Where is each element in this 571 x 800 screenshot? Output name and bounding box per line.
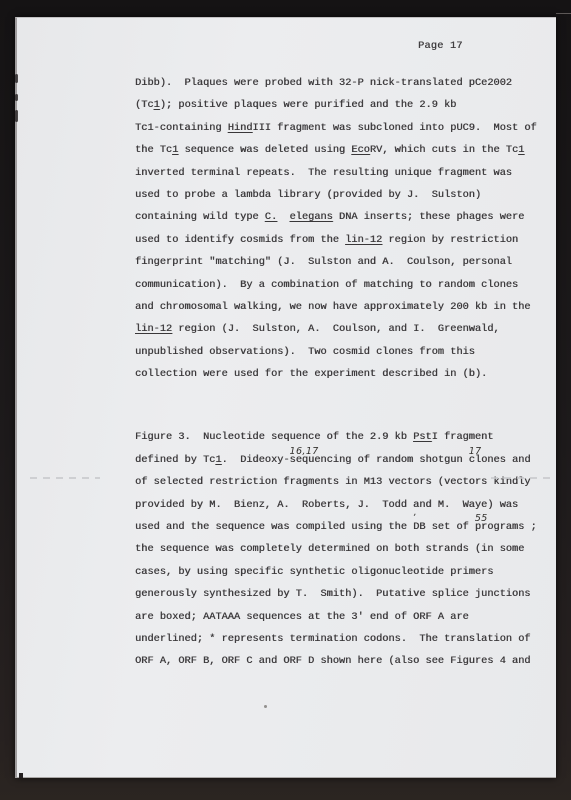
scan-artifact-bottom-left-mark [19, 773, 23, 778]
text-line: inverted terminal repeats. The resulting… [135, 162, 555, 184]
scan-artifact-speck [264, 705, 267, 708]
document-page: Page 17 Dibb). Plaques were probed with … [15, 17, 556, 778]
text-segment: RV, which cuts in the Tc [370, 144, 518, 156]
underlined-text: Eco [351, 144, 370, 156]
text-segment: are boxed; AATAAA sequences at the 3' en… [135, 611, 469, 623]
text-segment: (Tc [135, 99, 154, 111]
text-segment: III fragment was subcloned into pUC9. Mo… [252, 122, 536, 134]
text-segment: provided by M. Bienz, A. Roberts, J. Tod… [135, 499, 518, 511]
text-segment: used to identify cosmids from the [135, 234, 345, 246]
text-segment: Tc1-containing [135, 122, 228, 134]
text-segment: underlined; * represents termination cod… [135, 633, 530, 645]
text-segment: I fragment [432, 431, 494, 443]
text-segment: the Tc [135, 144, 172, 156]
underlined-text: lin-12 [345, 234, 382, 246]
text-line: lin-12 region (J. Sulston, A. Coulson, a… [135, 318, 555, 340]
scan-artifact-left-edge-tick [15, 94, 18, 101]
scan-artifact-smudge-right [491, 477, 553, 479]
scan-artifact-top-right-line [556, 13, 571, 14]
text-line: cases, by using specific synthetic oligo… [135, 561, 555, 583]
scan-artifact-smudge-left [30, 477, 100, 479]
text-line: defined by Tc1. Dideoxy-16,17sequencing … [135, 449, 555, 471]
text-segment: inverted terminal repeats. The resulting… [135, 167, 512, 179]
text-segment: Dibb). Plaques were probed with 32-P nic… [135, 77, 512, 89]
underlined-text: C. [265, 211, 277, 223]
text-segment: DB set of [413, 521, 475, 533]
text-segment: communication). By a combination of matc… [135, 279, 518, 291]
text-segment: sequence was deleted using [178, 144, 351, 156]
text-segment: cases, by using specific synthetic oligo… [135, 566, 493, 578]
text-line: the Tc1 sequence was deleted using EcoRV… [135, 139, 555, 161]
text-segment: generously synthesized by T. Smith). Put… [135, 588, 530, 600]
underlined-text: Hind [228, 122, 253, 134]
text-line: unpublished observations). Two cosmid cl… [135, 341, 555, 363]
page-number-label: Page 17 [418, 40, 463, 52]
text-line: Tc1-containing HindIII fragment was subc… [135, 117, 555, 139]
underlined-text: Pst [413, 431, 432, 443]
text-segment: Figure 3. Nucleotide sequence of the 2.9… [135, 431, 413, 443]
text-segment: used to probe a lambda library (provided… [135, 189, 481, 201]
text-segment: unpublished observations). Two cosmid cl… [135, 346, 475, 358]
underlined-text: 1 [518, 144, 524, 156]
text-line: used to identify cosmids from the lin-12… [135, 229, 555, 251]
scan-artifact-left-edge-tick [15, 110, 18, 122]
typed-text-block: Dibb). Plaques were probed with 32-P nic… [135, 72, 555, 673]
text-line: generously synthesized by T. Smith). Put… [135, 583, 555, 605]
methods-continuation-paragraph: Dibb). Plaques were probed with 32-P nic… [135, 72, 555, 385]
text-segment: and chromosomal walking, we now have app… [135, 301, 530, 313]
text-line: Dibb). Plaques were probed with 32-P nic… [135, 72, 555, 94]
text-segment: containing wild type [135, 211, 265, 223]
underlined-text: elegans [289, 211, 332, 223]
text-segment: ORF A, ORF B, ORF C and ORF D shown here… [135, 655, 530, 667]
text-line: are boxed; AATAAA sequences at the 3' en… [135, 606, 555, 628]
text-segment: . Dideoxy- [222, 454, 290, 466]
scan-artifact-left-edge-tick [15, 74, 18, 83]
text-line: ORF A, ORF B, ORF C and ORF D shown here… [135, 650, 555, 672]
text-segment: DNA inserts; these phages were [333, 211, 525, 223]
text-segment: ); positive plaques were purified and th… [160, 99, 457, 111]
text-segment: defined by Tc [135, 454, 215, 466]
text-line: and chromosomal walking, we now have app… [135, 296, 555, 318]
text-line: Figure 3. Nucleotide sequence of the 2.9… [135, 426, 555, 448]
text-line: underlined; * represents termination cod… [135, 628, 555, 650]
underlined-text: lin-12 [135, 323, 172, 335]
text-line: of selected restriction fragments in M13… [135, 471, 555, 493]
text-line: communication). By a combination of matc… [135, 274, 555, 296]
text-segment: of selected restriction fragments in M13… [135, 476, 530, 488]
text-line: used and the sequence was compiled using… [135, 516, 555, 538]
text-segment: used and the sequence was compiled using… [135, 521, 413, 533]
text-line: containing wild type C. elegans DNA inse… [135, 206, 555, 228]
text-line: used to probe a lambda library (provided… [135, 184, 555, 206]
figure-3-caption-paragraph: Figure 3. Nucleotide sequence of the 2.9… [135, 426, 555, 672]
text-line: collection were used for the experiment … [135, 363, 555, 385]
text-segment [277, 211, 289, 223]
text-line: the sequence was completely determined o… [135, 538, 555, 560]
text-segment: region by restriction [382, 234, 518, 246]
text-line: provided by M. Bienz, A. Roberts, J. Tod… [135, 494, 555, 516]
text-segment: collection were used for the experiment … [135, 368, 487, 380]
text-segment: the sequence was completely determined o… [135, 543, 524, 555]
text-segment: fingerprint "matching" (J. Sulston and A… [135, 256, 512, 268]
text-line: fingerprint "matching" (J. Sulston and A… [135, 251, 555, 273]
text-line: (Tc1); positive plaques were purified an… [135, 94, 555, 116]
text-segment: region (J. Sulston, A. Coulson, and I. G… [172, 323, 500, 335]
